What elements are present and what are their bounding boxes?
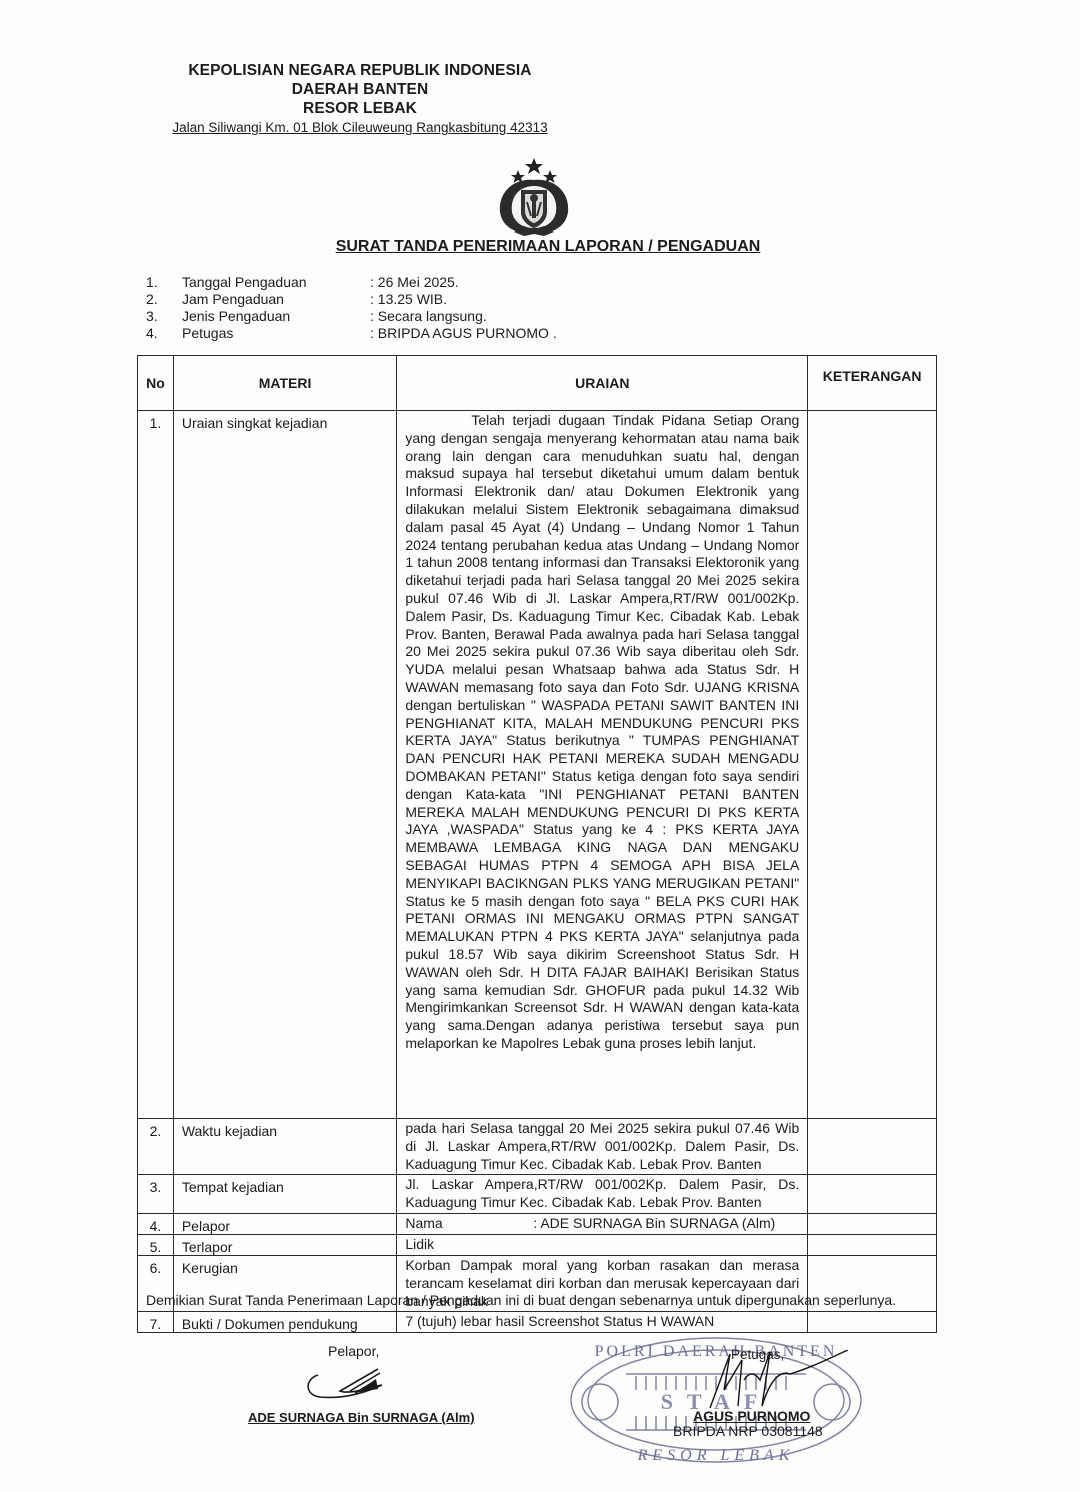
letterhead-address: Jalan Siliwangi Km. 01 Blok Cileuweung R… bbox=[150, 120, 570, 135]
column-header-no: No bbox=[138, 356, 174, 411]
meta-row-type: 3. Jenis Pengaduan : Secara langsung. bbox=[146, 308, 557, 325]
officer-signature-icon bbox=[700, 1350, 850, 1410]
table-row: 1. Uraian singkat kejadian Telah terjadi… bbox=[138, 411, 937, 1119]
officer-rank-nrp: BRIPDA NRP 03081148 bbox=[673, 1423, 823, 1439]
meta-row-date: 1. Tanggal Pengaduan : 26 Mei 2025. bbox=[146, 274, 557, 291]
column-header-keterangan: KETERANGAN bbox=[808, 356, 937, 411]
reporter-name: ADE SURNAGA Bin SURNAGA (Alm) bbox=[248, 1410, 475, 1425]
closing-statement: Demikian Surat Tanda Penerimaan Laporan … bbox=[146, 1290, 948, 1311]
report-table: No MATERI URAIAN KETERANGAN 1. Uraian si… bbox=[137, 355, 937, 1333]
table-header-row: No MATERI URAIAN KETERANGAN bbox=[138, 356, 937, 411]
polri-emblem-icon bbox=[494, 156, 574, 238]
pelapor-name: Nama : ADE SURNAGA Bin SURNAGA (Alm) bbox=[405, 1215, 799, 1233]
reporter-label: Pelapor, bbox=[328, 1343, 379, 1359]
table-row: 2. Waktu kejadian pada hari Selasa tangg… bbox=[138, 1119, 937, 1175]
table-row: 4. Pelapor Nama : ADE SURNAGA Bin SURNAG… bbox=[138, 1213, 937, 1234]
letterhead-line-3: RESOR LEBAK bbox=[150, 99, 570, 118]
letterhead-line-1: KEPOLISIAN NEGARA REPUBLIK INDONESIA bbox=[150, 61, 570, 80]
svg-text:RESOR LEBAK: RESOR LEBAK bbox=[637, 1447, 795, 1464]
uraian-chronology: Telah terjadi dugaan Tindak Pidana Setia… bbox=[397, 411, 808, 1119]
meta-row-time: 2. Jam Pengaduan : 13.25 WIB. bbox=[146, 291, 557, 308]
column-header-materi: MATERI bbox=[173, 356, 397, 411]
report-meta: 1. Tanggal Pengaduan : 26 Mei 2025. 2. J… bbox=[146, 274, 557, 342]
officer-name: AGUS PURNOMO bbox=[693, 1408, 810, 1424]
meta-row-officer: 4. Petugas : BRIPDA AGUS PURNOMO . bbox=[146, 325, 557, 342]
letterhead-line-2: DAERAH BANTEN bbox=[150, 80, 570, 99]
table-row: 3. Tempat kejadian Jl. Laskar Ampera,RT/… bbox=[138, 1175, 937, 1214]
reporter-signature-icon bbox=[300, 1365, 390, 1405]
document-title: SURAT TANDA PENERIMAAN LAPORAN / PENGADU… bbox=[320, 238, 776, 256]
column-header-uraian: URAIAN bbox=[397, 356, 808, 411]
table-row: 5. Terlapor Lidik bbox=[138, 1234, 937, 1255]
